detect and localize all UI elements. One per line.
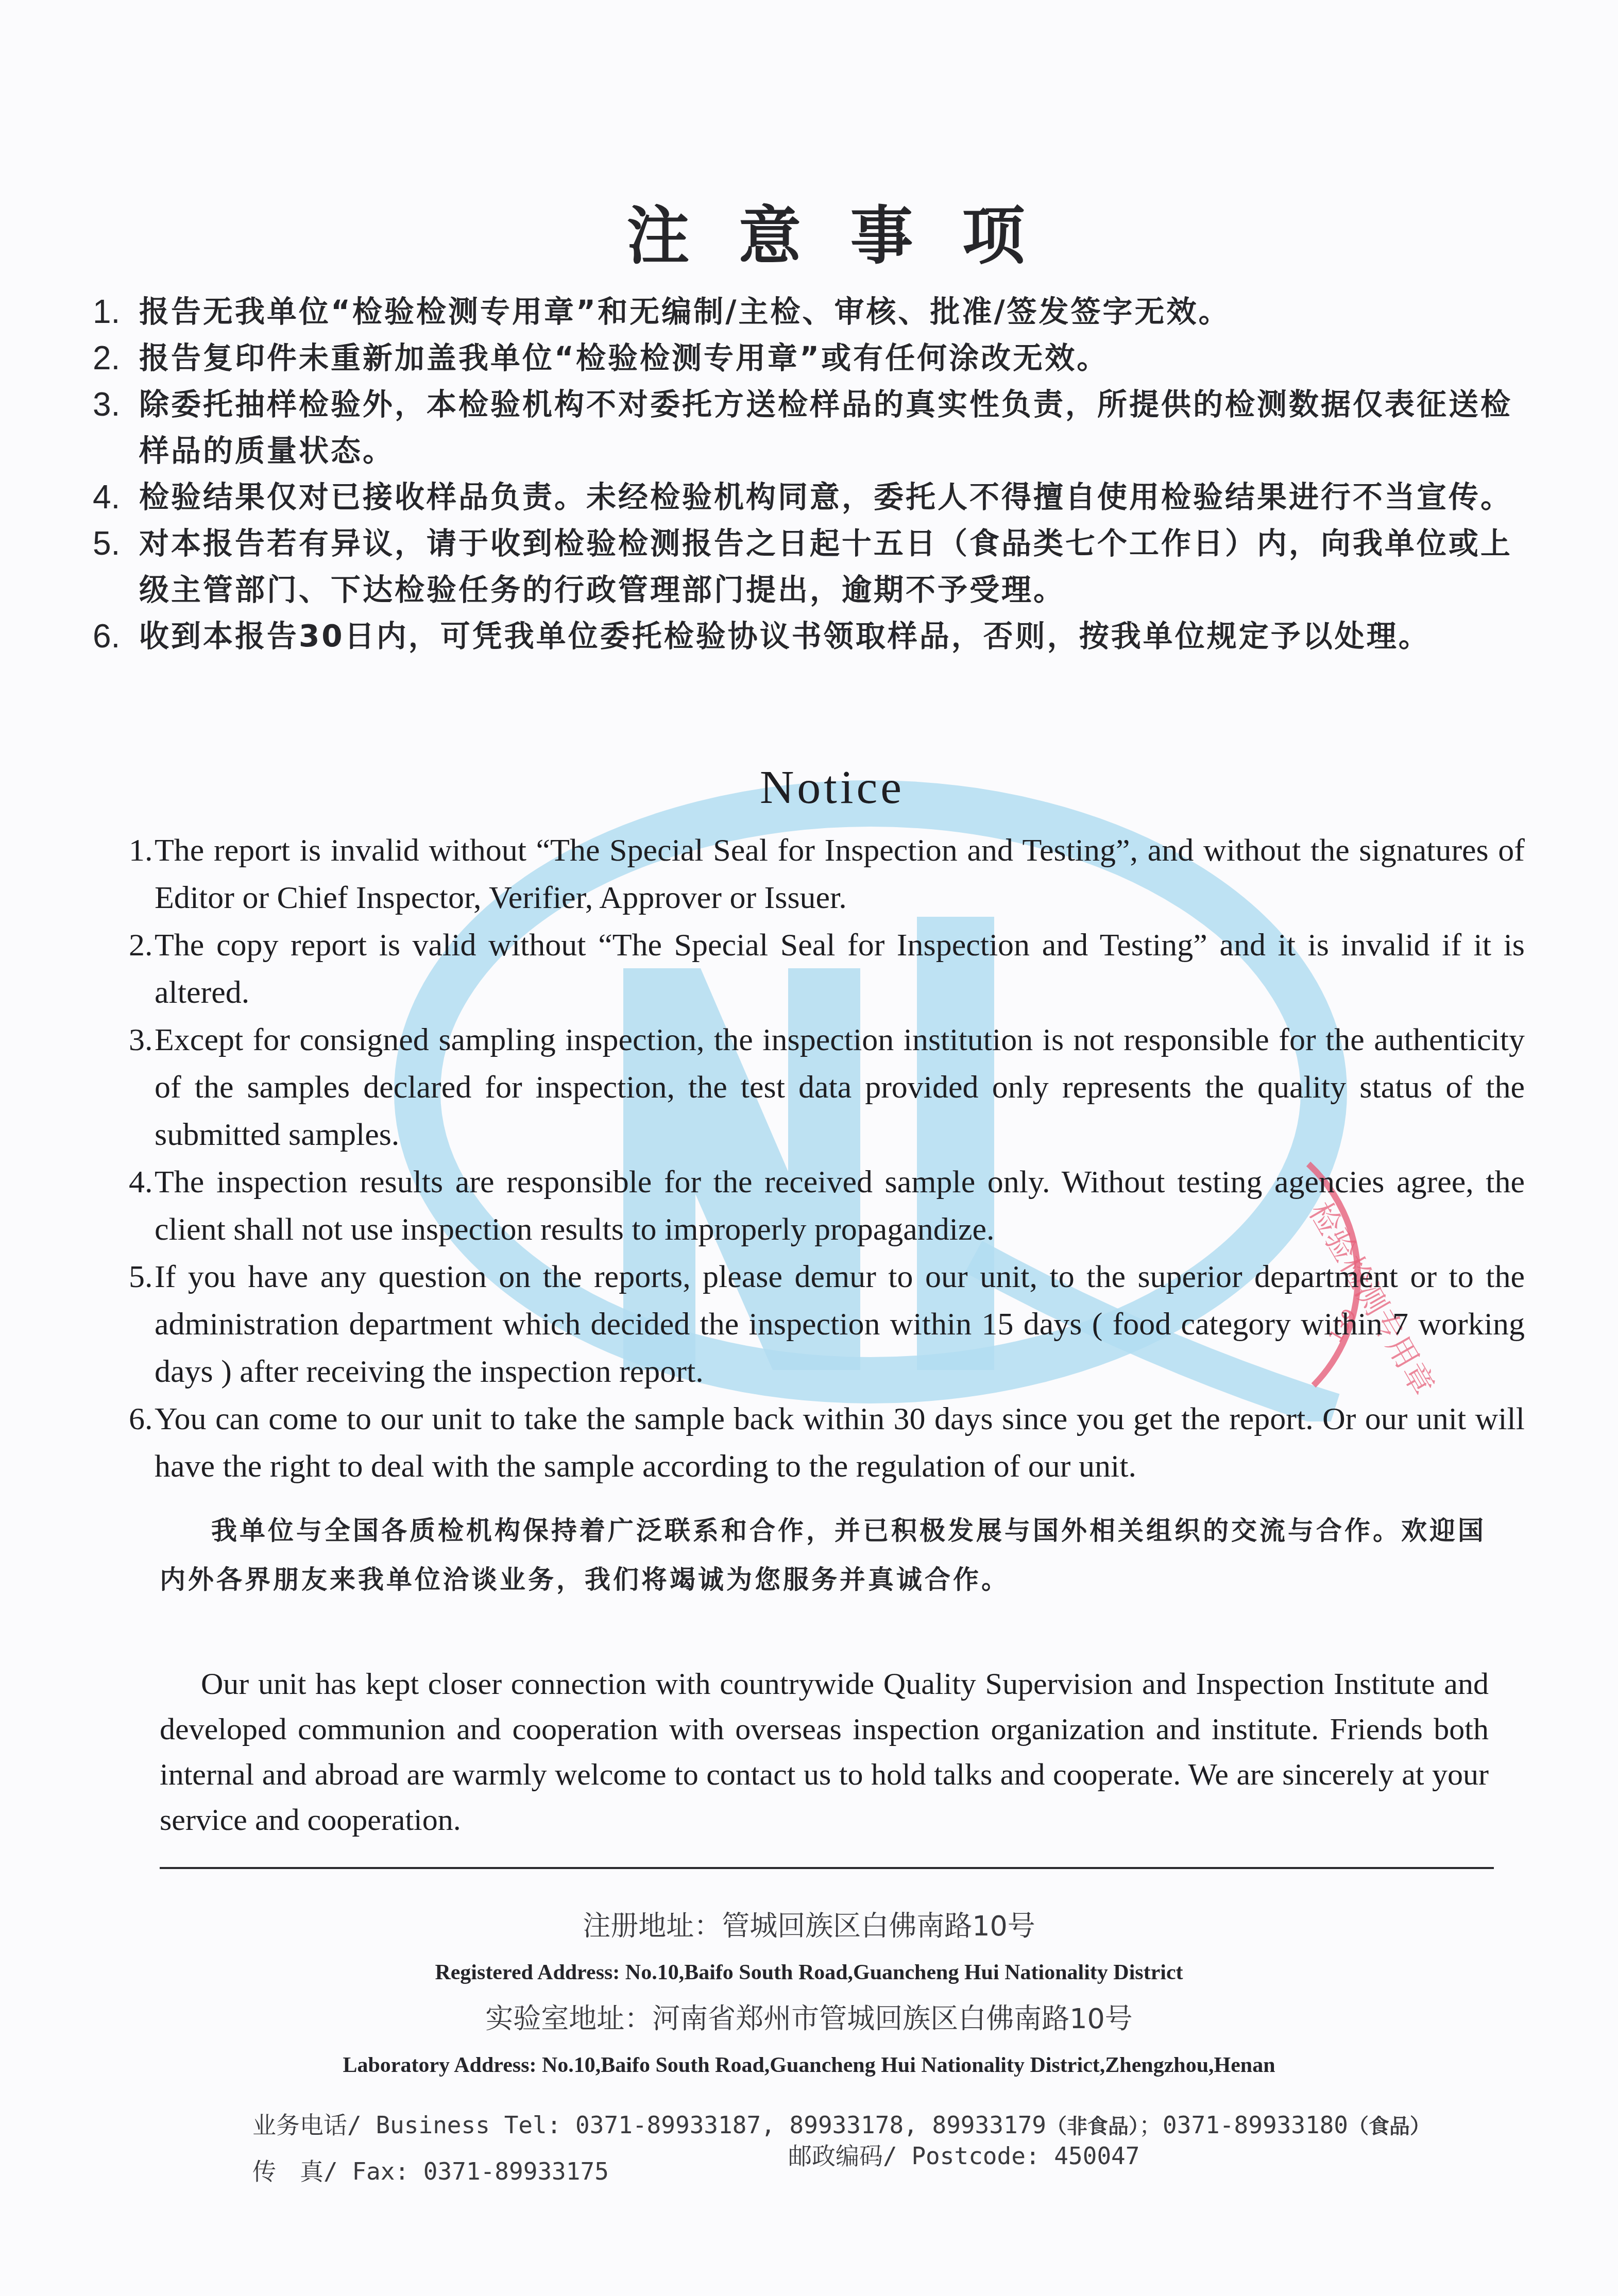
notice-en-item: 3.Except for consigned sampling inspecti… bbox=[129, 1016, 1525, 1158]
notice-cn-item: 4.检验结果仅对已接收样品负责。未经检验机构同意，委托人不得擅自使用检验结果进行… bbox=[93, 474, 1525, 520]
footer-divider bbox=[160, 1867, 1494, 1869]
notice-en-item: 4.The inspection results are responsible… bbox=[129, 1158, 1525, 1253]
cooperation-paragraph-en: Our unit has kept closer connection with… bbox=[160, 1661, 1489, 1842]
fax-number: 传 真/ Fax: 0371-89933175 bbox=[252, 2153, 609, 2187]
notice-en-item: 5.If you have any question on the report… bbox=[129, 1253, 1525, 1395]
page-title-cn: 注意事项 bbox=[0, 185, 1618, 276]
lab-address-cn: 实验室地址：河南省郑州市管城回族区白佛南路10号 bbox=[0, 1993, 1618, 2045]
notice-en-item: 6.You can come to our unit to take the s… bbox=[129, 1395, 1525, 1490]
document-page: 检验检测专用章 139 注意事项 1.报告无我单位“检验检测专用章”和无编制/主… bbox=[0, 0, 1618, 2296]
postcode: 邮政编码/ Postcode: 450047 bbox=[788, 2137, 1140, 2171]
notice-cn-item: 2.报告复印件未重新加盖我单位“检验检测专用章”或有任何涂改无效。 bbox=[93, 335, 1525, 381]
notice-cn-item: 5.对本报告若有异议，请于收到检验检测报告之日起十五日（食品类七个工作日）内，向… bbox=[93, 520, 1525, 613]
business-tel: 业务电话/ Business Tel: 0371-89933187, 89933… bbox=[252, 2106, 1430, 2140]
footer-contact-block: 注册地址：管城回族区白佛南路10号 Registered Address: No… bbox=[0, 1900, 1618, 2086]
registered-address-en: Registered Address: No.10,Baifo South Ro… bbox=[0, 1952, 1618, 1993]
cooperation-paragraph-cn: 我单位与全国各质检机构保持着广泛联系和合作，并已积极发展与国外相关组织的交流与合… bbox=[160, 1506, 1489, 1604]
notice-en-item: 2.The copy report is valid without “The … bbox=[129, 921, 1525, 1016]
notice-cn-item: 6.收到本报告30日内，可凭我单位委托检验协议书领取样品，否则，按我单位规定予以… bbox=[93, 613, 1525, 659]
notice-cn-item: 3.除委托抽样检验外，本检验机构不对委托方送检样品的真实性负责，所提供的检测数据… bbox=[93, 381, 1525, 474]
notices-cn-list: 1.报告无我单位“检验检测专用章”和无编制/主检、审核、批准/签发签字无效。 2… bbox=[93, 288, 1525, 659]
tel-numbers: 0371-89933187, 89933178, 89933179 bbox=[575, 2111, 1046, 2139]
notice-cn-item: 1.报告无我单位“检验检测专用章”和无编制/主检、审核、批准/签发签字无效。 bbox=[93, 288, 1525, 335]
notice-en-item: 1.The report is invalid without “The Spe… bbox=[129, 827, 1525, 921]
notices-en-list: 1.The report is invalid without “The Spe… bbox=[129, 827, 1525, 1490]
page-title-en: Notice bbox=[0, 760, 1618, 814]
lab-address-en: Laboratory Address: No.10,Baifo South Ro… bbox=[0, 2045, 1618, 2086]
registered-address-cn: 注册地址：管城回族区白佛南路10号 bbox=[0, 1900, 1618, 1952]
